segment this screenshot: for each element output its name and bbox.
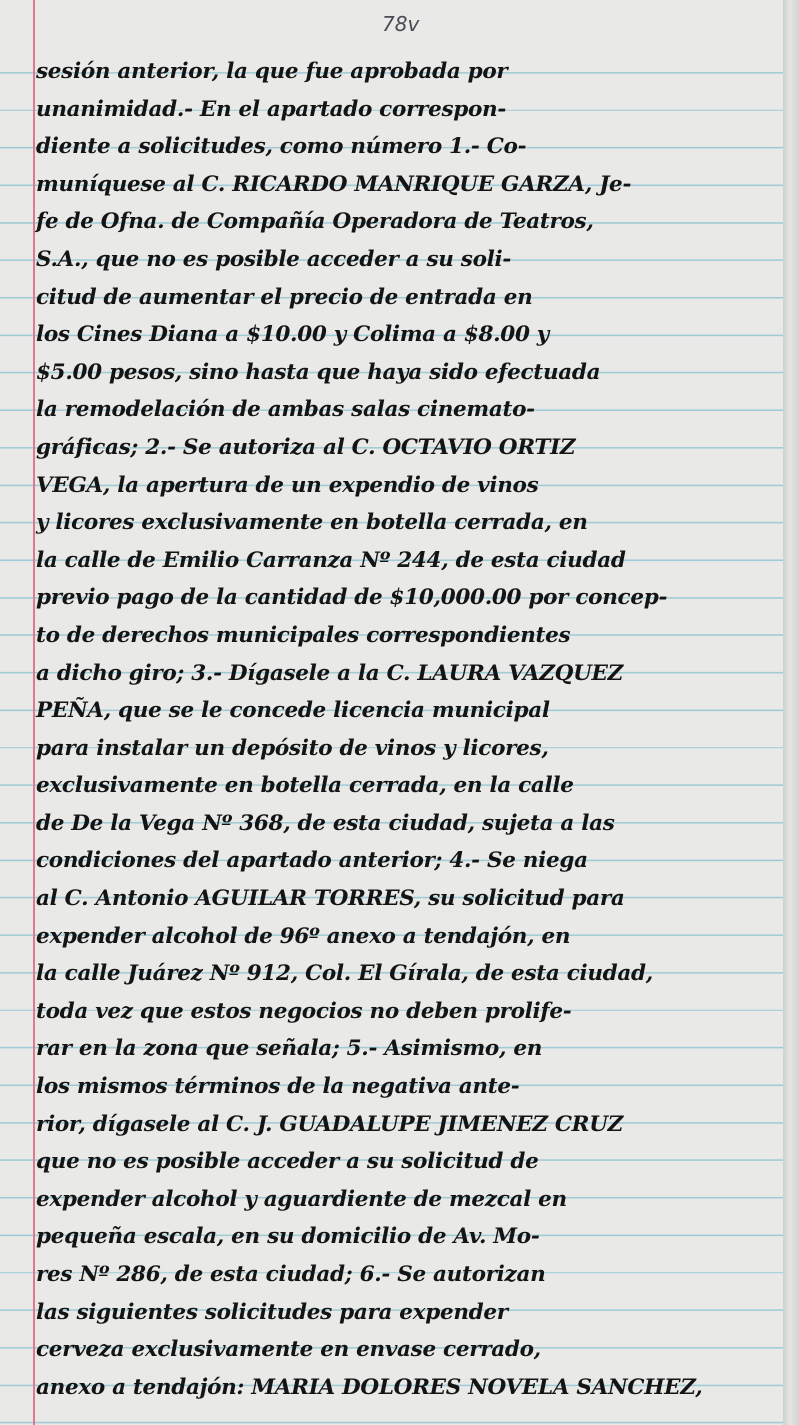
text-line: la calle de Emilio Carranza Nº 244, de e… bbox=[36, 542, 796, 580]
text-line: al C. Antonio AGUILAR TORRES, su solicit… bbox=[36, 880, 796, 918]
text-line: rior, dígasele al C. J. GUADALUPE JIMENE… bbox=[36, 1106, 796, 1144]
text-line: muníquese al C. RICARDO MANRIQUE GARZA, … bbox=[36, 166, 796, 204]
page-edge bbox=[783, 0, 799, 1425]
text-line: condiciones del apartado anterior; 4.- S… bbox=[36, 842, 796, 880]
text-line: $5.00 pesos, sino hasta que haya sido ef… bbox=[36, 354, 796, 392]
text-line: la calle Juárez Nº 912, Col. El Gírala, … bbox=[36, 955, 796, 993]
text-line: de De la Vega Nº 368, de esta ciudad, su… bbox=[36, 805, 796, 843]
text-line: pequeña escala, en su domicilio de Av. M… bbox=[36, 1218, 796, 1256]
text-line: exclusivamente en botella cerrada, en la… bbox=[36, 767, 796, 805]
text-line: to de derechos municipales correspondien… bbox=[36, 617, 796, 655]
text-line: PEÑA, que se le concede licencia municip… bbox=[36, 692, 796, 730]
text-line: toda vez que estos negocios no deben pro… bbox=[36, 993, 796, 1031]
text-line: gráficas; 2.- Se autoriza al C. OCTAVIO … bbox=[36, 429, 796, 467]
text-line: diente a solicitudes, como número 1.- Co… bbox=[36, 128, 796, 166]
text-line: que no es posible acceder a su solicitud… bbox=[36, 1143, 796, 1181]
handwritten-text-block: sesión anterior, la que fue aprobada por… bbox=[36, 53, 796, 1406]
text-line: expender alcohol de 96º anexo a tendajón… bbox=[36, 918, 796, 956]
text-line: unanimidad.- En el apartado correspon- bbox=[36, 91, 796, 129]
text-line: previo pago de la cantidad de $10,000.00… bbox=[36, 579, 796, 617]
text-line: S.A., que no es posible acceder a su sol… bbox=[36, 241, 796, 279]
text-line: la remodelación de ambas salas cinemato- bbox=[36, 391, 796, 429]
text-line: los mismos términos de la negativa ante- bbox=[36, 1068, 796, 1106]
text-line: citud de aumentar el precio de entrada e… bbox=[36, 279, 796, 317]
text-line: VEGA, la apertura de un expendio de vino… bbox=[36, 467, 796, 505]
text-line: anexo a tendajón: MARIA DOLORES NOVELA S… bbox=[36, 1369, 796, 1407]
text-line: cerveza exclusivamente en envase cerrado… bbox=[36, 1331, 796, 1369]
text-line: y licores exclusivamente en botella cerr… bbox=[36, 504, 796, 542]
text-line: a dicho giro; 3.- Dígasele a la C. LAURA… bbox=[36, 655, 796, 693]
text-line: res Nº 286, de esta ciudad; 6.- Se autor… bbox=[36, 1256, 796, 1294]
text-line: rar en la zona que señala; 5.- Asimismo,… bbox=[36, 1030, 796, 1068]
text-line: sesión anterior, la que fue aprobada por bbox=[36, 53, 796, 91]
text-line: fe de Ofna. de Compañía Operadora de Tea… bbox=[36, 203, 796, 241]
page-number: 78v bbox=[382, 12, 419, 36]
notebook-page: 78v sesión anterior, la que fue aprobada… bbox=[0, 0, 783, 1425]
text-line: expender alcohol y aguardiente de mezcal… bbox=[36, 1181, 796, 1219]
text-line: los Cines Diana a $10.00 y Colima a $8.0… bbox=[36, 316, 796, 354]
text-line: para instalar un depósito de vinos y lic… bbox=[36, 730, 796, 768]
margin-line bbox=[33, 0, 35, 1425]
text-line: las siguientes solicitudes para expender bbox=[36, 1294, 796, 1332]
